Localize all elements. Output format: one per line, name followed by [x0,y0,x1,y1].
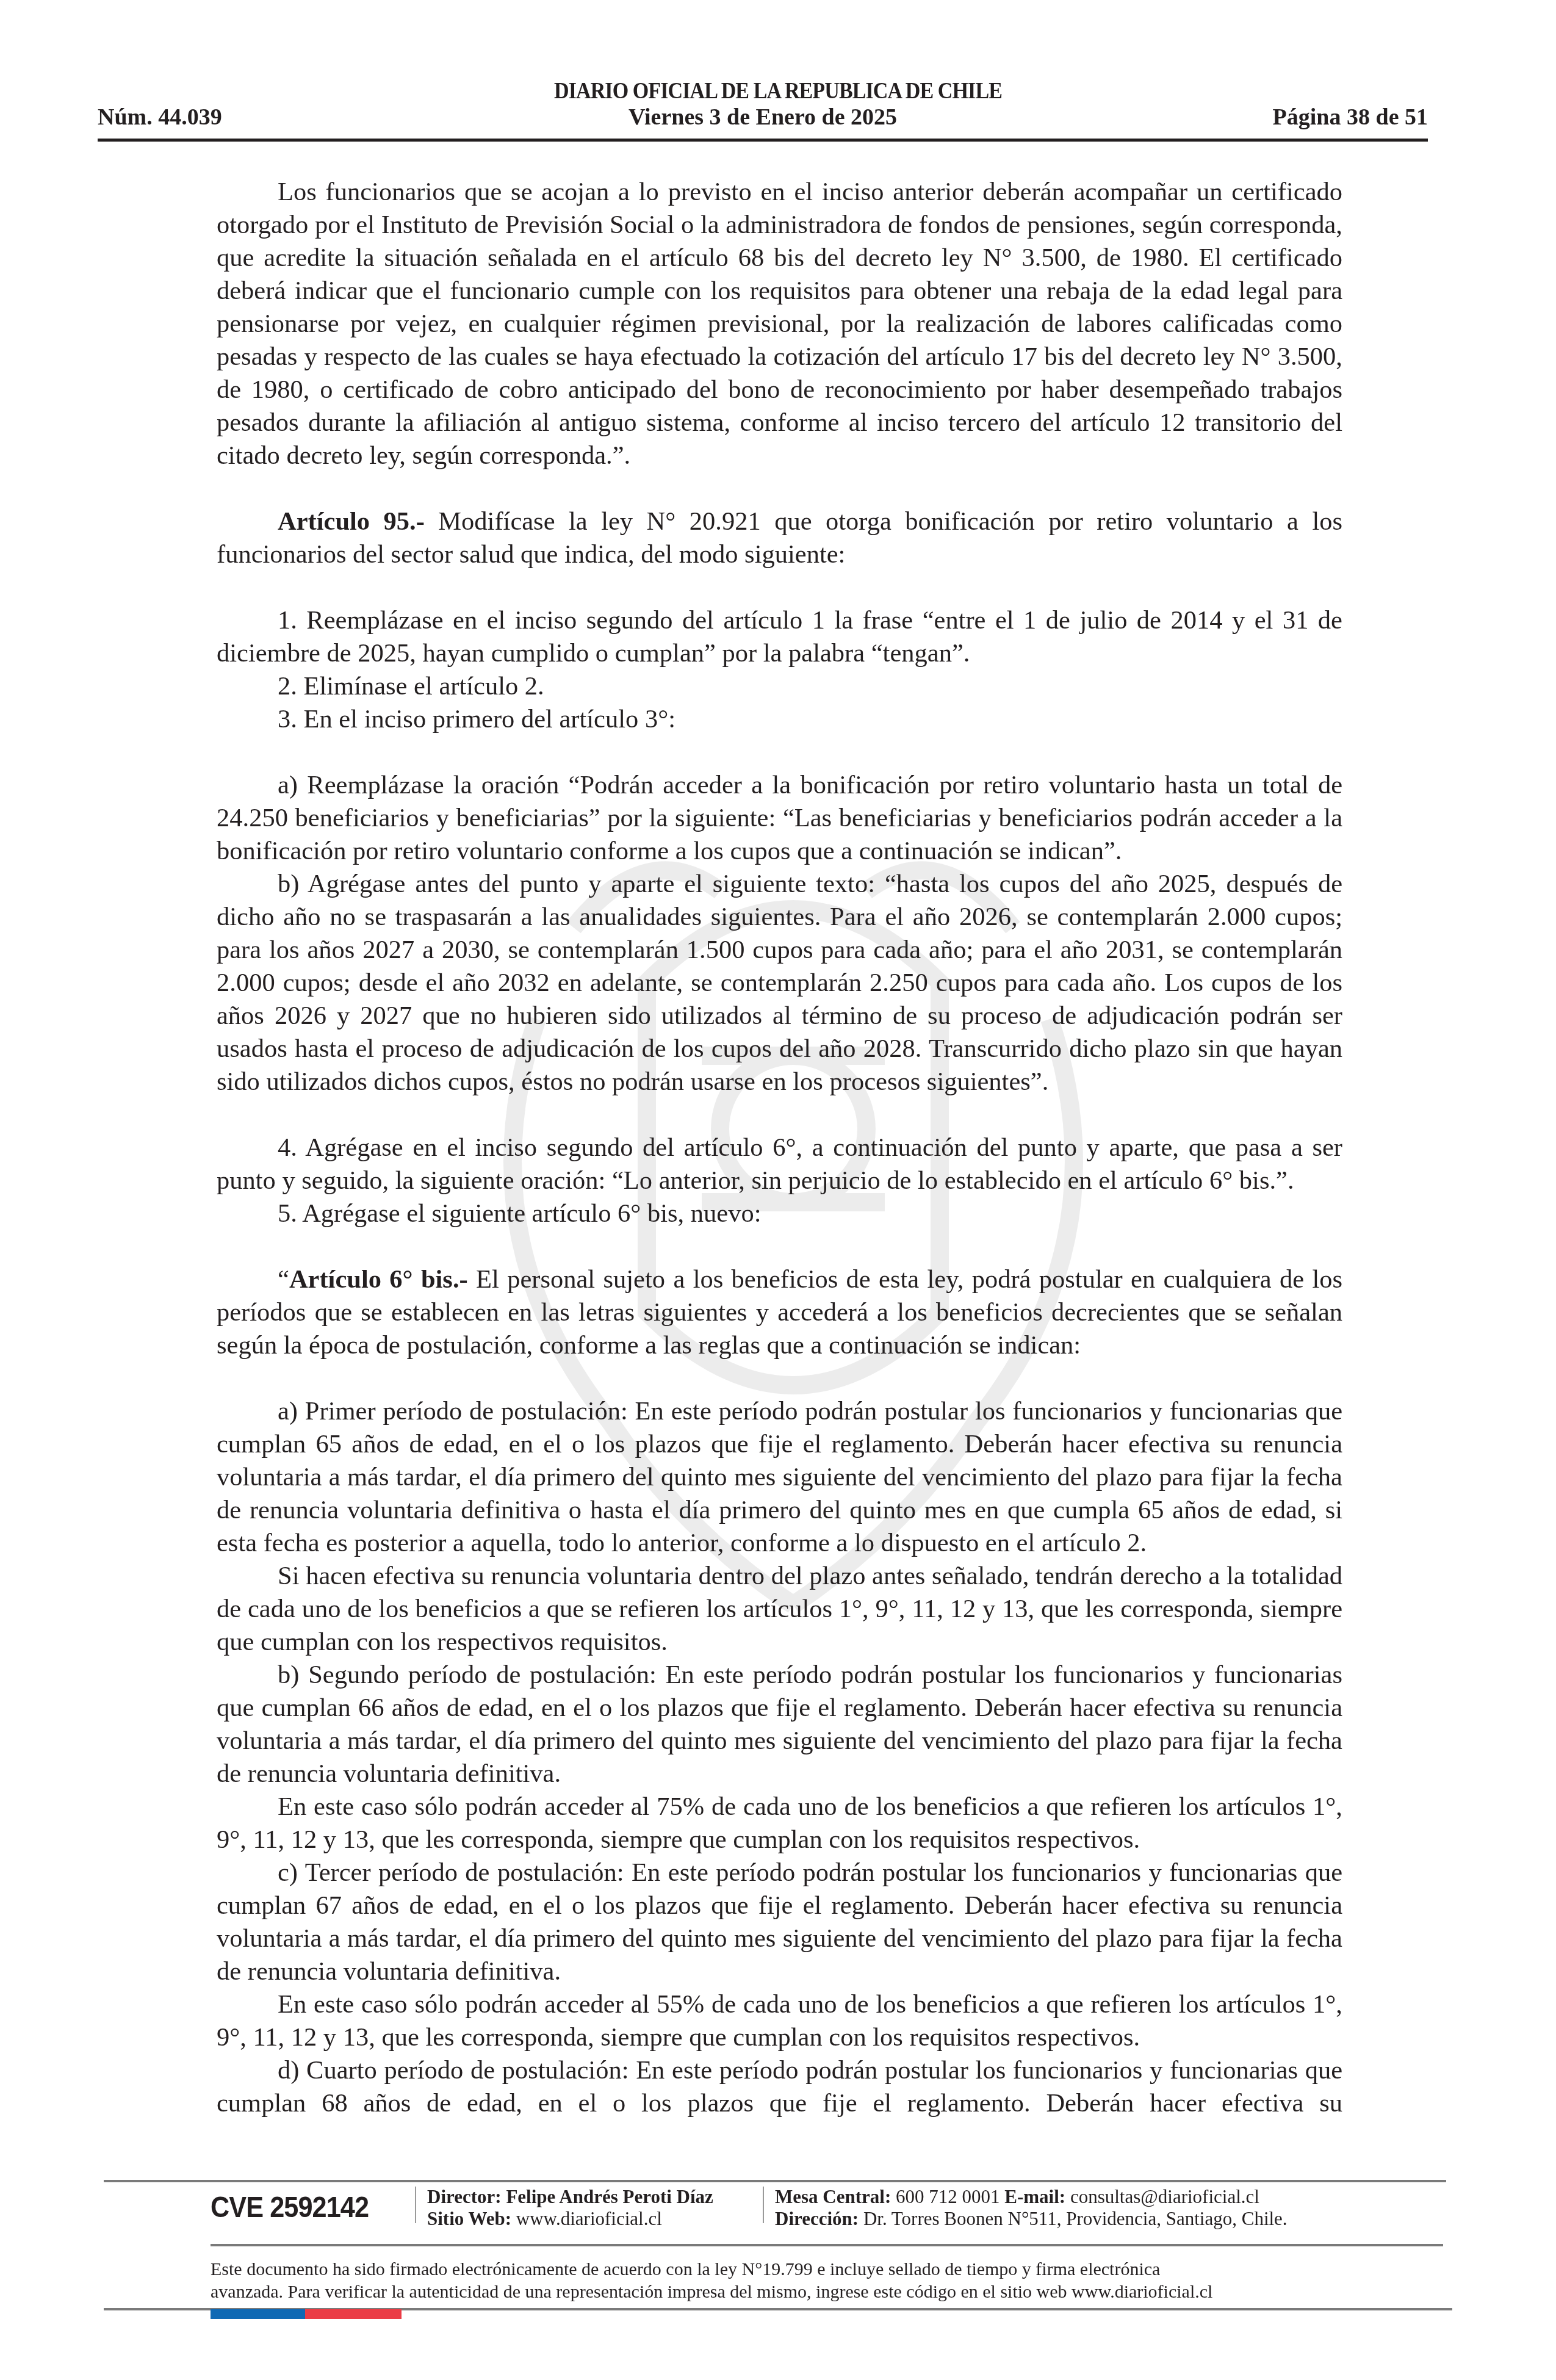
document-body: Los funcionarios que se acojan a lo prev… [217,176,1342,2120]
article-95-heading: Artículo 95.- Modifícase la ley N° 20.92… [217,505,1342,571]
website-link[interactable]: www.diarioficial.cl [516,2208,662,2229]
paragraph: Los funcionarios que se acojan a lo prev… [217,176,1342,472]
page-number: Página 38 de 51 [1273,104,1428,131]
footer-divider [104,2180,1446,2182]
list-item: b) Agrégase antes del punto y aparte el … [217,868,1342,1098]
list-item: a) Reemplázase la oración “Podrán accede… [217,769,1342,868]
email-link[interactable]: consultas@diarioficial.cl [1070,2186,1259,2207]
cve-code: CVE 2592142 [211,2191,369,2224]
header-divider [98,139,1428,142]
flag-stripe-red [305,2309,402,2319]
article-label: Artículo 6° bis.- [289,1265,468,1294]
footer-director-block: Director: Felipe Andrés Peroti Díaz Siti… [427,2186,713,2230]
phone-number: 600 712 0001 [896,2186,1000,2207]
article-label: Artículo 95.- [278,507,425,536]
footer-separator [763,2187,764,2223]
list-item: 5. Agrégase el siguiente artículo 6° bis… [217,1197,1342,1230]
address: Dr. Torres Boonen N°511, Providencia, Sa… [863,2208,1288,2229]
list-item: 1. Reemplázase en el inciso segundo del … [217,604,1342,670]
list-item: 2. Elimínase el artículo 2. [217,670,1342,703]
footer-separator [415,2187,416,2223]
list-item: 4. Agrégase en el inciso segundo del art… [217,1131,1342,1197]
paragraph: En este caso sólo podrán acceder al 75% … [217,1790,1342,1856]
publication-date: Viernes 3 de Enero de 2025 [98,104,1428,131]
director-name: Felipe Andrés Peroti Díaz [506,2186,713,2207]
list-item: c) Tercer período de postulación: En est… [217,1856,1342,1988]
publication-title: DIARIO OFICIAL DE LA REPUBLICA DE CHILE [62,78,1494,104]
paragraph: En este caso sólo podrán acceder al 55% … [217,1988,1342,2054]
header-row: Núm. 44.039 Viernes 3 de Enero de 2025 P… [98,104,1428,134]
list-item: a) Primer período de postulación: En est… [217,1395,1342,1560]
list-item: d) Cuarto período de postulación: En est… [217,2054,1342,2120]
flag-stripe-blue [211,2309,305,2319]
paragraph: Si hacen efectiva su renuncia voluntaria… [217,1560,1342,1659]
list-item: 3. En el inciso primero del artículo 3°: [217,703,1342,736]
list-item: b) Segundo período de postulación: En es… [217,1659,1342,1790]
footer-divider [211,2244,1443,2246]
footer-contact-block: Mesa Central: 600 712 0001 E-mail: consu… [775,2186,1288,2230]
signature-disclaimer: Este documento ha sido firmado electróni… [211,2258,1339,2303]
article-6-bis-heading: “Artículo 6° bis.- El personal sujeto a … [217,1263,1342,1362]
